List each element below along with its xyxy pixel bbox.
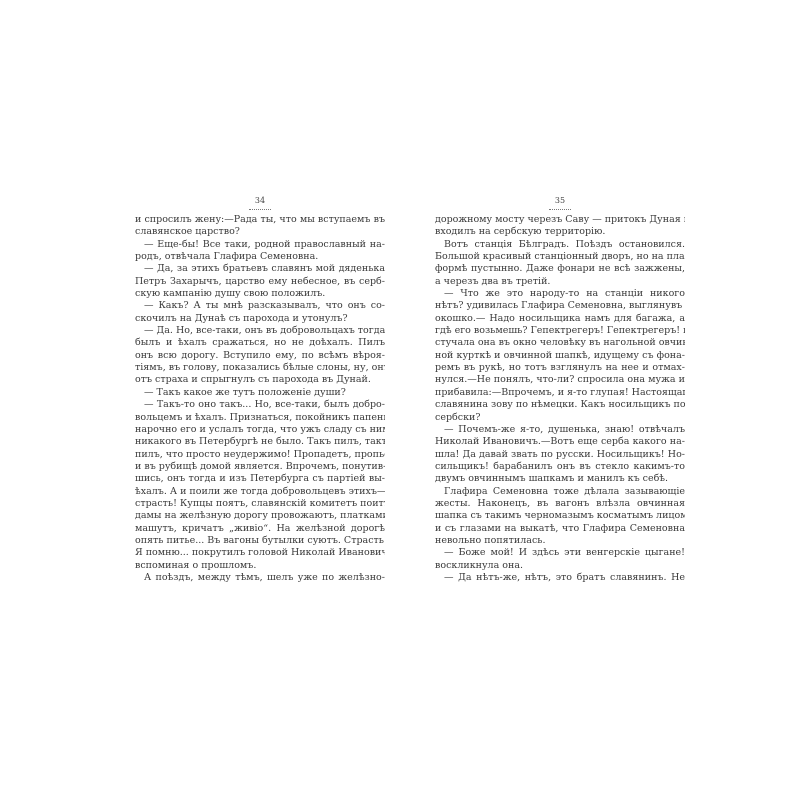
text-line: сербски? (435, 412, 685, 424)
text-line: сильщикъ! барабанилъ онъ въ стекло каким… (435, 461, 685, 473)
text-line: ремъ въ рукѣ, но тотъ взглянулъ на нее и… (435, 362, 685, 374)
text-line: — Да нѣтъ-же, нѣтъ, это братъ славянинъ.… (435, 572, 685, 584)
text-line: нулся.—Не понялъ, что-ли? спросила она м… (435, 374, 685, 386)
text-line: Я помню... покрутилъ головой Николай Ива… (135, 547, 385, 559)
text-line: никакого въ Петербургѣ не было. Такъ пил… (135, 436, 385, 448)
text-line: славянское царство? (135, 226, 385, 238)
page-number-header: 35 (435, 196, 685, 212)
page-text: дорожному мосту черезъ Саву — притокъ Ду… (435, 214, 685, 584)
text-line: отъ страха и спрыгнулъ съ парохода въ Ду… (135, 374, 385, 386)
text-line: вспоминая о прошломъ. (135, 560, 385, 572)
text-line: невольно попятилась. (435, 535, 685, 547)
text-line: а черезъ два въ третій. (435, 276, 685, 288)
text-line: онъ всю дорогу. Вступило ему, по всѣмъ в… (135, 350, 385, 362)
page-text: и спросилъ жену:—Рада ты, что мы вступае… (135, 214, 385, 584)
text-line: скую кампанію душу свою положилъ. (135, 288, 385, 300)
text-line: пилъ, что просто неудержимо! Пропадетъ, … (135, 449, 385, 461)
page-number: 34 (255, 196, 265, 205)
text-line: былъ и ѣхалъ сражаться, но не доѣхалъ. П… (135, 337, 385, 349)
text-line: опять питье... Въ вагоны бутылки суютъ. … (135, 535, 385, 547)
text-line: — Почемъ-же я-то, душенька, знаю! отвѣча… (435, 424, 685, 436)
text-line: — Да. Но, все-таки, онъ въ добровольцахъ… (135, 325, 385, 337)
text-line: шла! Да давай звать по русски. Носильщик… (435, 449, 685, 461)
text-line: — Такъ какое же тутъ положеніе души? (135, 387, 385, 399)
text-line: — Какъ? А ты мнѣ разсказывалъ, что онъ с… (135, 300, 385, 312)
text-line: и спросилъ жену:—Рада ты, что мы вступае… (135, 214, 385, 226)
text-line: шапка съ такимъ черномазымъ косматымъ ли… (435, 510, 685, 522)
text-line: — Да, за этихъ братьевъ славянъ мой дяде… (135, 263, 385, 275)
text-line: шись, онъ тогда и изъ Петербурга съ парт… (135, 473, 385, 485)
text-line: Глафира Семеновна тоже дѣлала зазывающіе (435, 486, 685, 498)
text-line: — Еще-бы! Все таки, родной православный … (135, 239, 385, 251)
text-line: вольцемъ и ѣхалъ. Признаться, покойникъ … (135, 412, 385, 424)
text-line: дорожному мосту черезъ Саву — притокъ Ду… (435, 214, 685, 226)
text-line: Большой красивый станціонный дворъ, но н… (435, 251, 685, 263)
text-line: и въ рубищѣ домой является. Впрочемъ, по… (135, 461, 385, 473)
text-line: окошко.— Надо носильщика намъ для багажа… (435, 313, 685, 325)
page-number-header: 34 (135, 196, 385, 212)
text-line: гдѣ его возьмешь? Гепектрегеръ! Гепектре… (435, 325, 685, 337)
text-line: тіямъ, въ голову, показались бѣлые слоны… (135, 362, 385, 374)
text-line: ѣхалъ. А и поили же тогда добровольцевъ … (135, 486, 385, 498)
ornament-divider (549, 206, 571, 210)
text-line: родъ, отвѣчала Глафира Семеновна. (135, 251, 385, 263)
text-line: скочилъ на Дунаѣ съ парохода и утонулъ? (135, 313, 385, 325)
text-line: нѣтъ? удивилась Глафира Семеновна, выгля… (435, 300, 685, 312)
text-line: ной курткѣ и овчинной шапкѣ, идущему съ … (435, 350, 685, 362)
text-line: страсть! Купцы поятъ, славянскій комитет… (135, 498, 385, 510)
text-line: и съ глазами на выкатѣ, что Глафира Семе… (435, 523, 685, 535)
text-line: — Боже мой! И здѣсь эти венгерскіе цыган… (435, 547, 685, 559)
text-line: жесты. Наконецъ, въ вагонъ влѣзла овчинн… (435, 498, 685, 510)
text-line: входилъ на сербскую территорію. (435, 226, 685, 238)
text-line: стучала она въ окно человѣку въ нагольно… (435, 337, 685, 349)
text-line: славянина зову по нѣмецки. Какъ носильщи… (435, 399, 685, 411)
page-number: 35 (555, 196, 565, 205)
ornament-divider (249, 206, 271, 210)
text-line: двумъ овчиннымъ шапкамъ и манилъ къ себѣ… (435, 473, 685, 485)
text-line: нарочно его и услалъ тогда, что ужъ слад… (135, 424, 385, 436)
text-line: Вотъ станція Бѣлградъ. Поѣздъ остановилс… (435, 239, 685, 251)
text-line: воскликнула она. (435, 560, 685, 572)
text-line: — Такъ-то оно такъ... Но, все-таки, былъ… (135, 399, 385, 411)
right-page: 35 дорожному мосту черезъ Саву — притокъ… (435, 196, 685, 584)
text-line: — Что же это народу-то на станціи никого (435, 288, 685, 300)
text-line: дамы на желѣзную дорогу провожаютъ, плат… (135, 510, 385, 522)
text-line: формѣ пустынно. Даже фонари не всѣ зажже… (435, 263, 685, 275)
text-line: Петръ Захарычъ, царство ему небесное, въ… (135, 276, 385, 288)
left-page: 34 и спросилъ жену:—Рада ты, что мы всту… (135, 196, 385, 584)
text-line: машутъ, кричатъ „живіо“. На желѣзной дор… (135, 523, 385, 535)
text-line: прибавила:—Впрочемъ, и я-то глупая! Наст… (435, 387, 685, 399)
text-line: Николай Ивановичъ.—Вотъ еще серба какого… (435, 436, 685, 448)
text-line: А поѣздъ, между тѣмъ, шелъ уже по желѣзн… (135, 572, 385, 584)
